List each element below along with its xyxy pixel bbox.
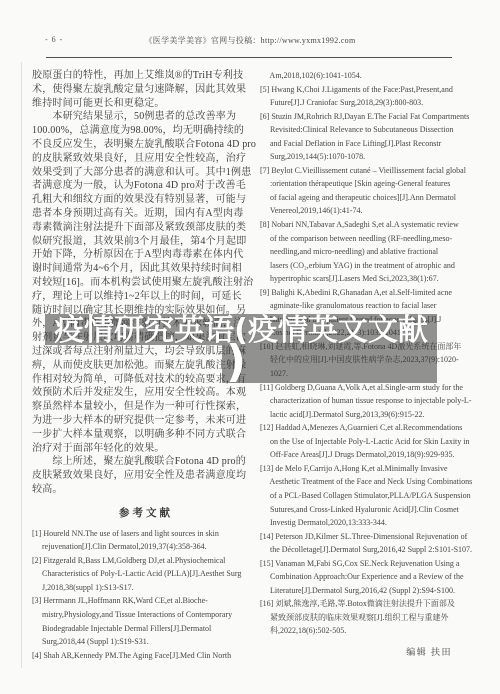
text-line: 为进一步大样本的研究提供一定参考，未来可进 xyxy=(32,414,260,428)
text-line: hypertrophic scars[J].Lasers Med Sci,202… xyxy=(260,272,454,286)
text-line: Sutures,and Cross-Linked Hyaluronic Acid… xyxy=(260,503,454,517)
text-line: [1] Houreld NN.The use of lasers and lig… xyxy=(32,527,260,541)
body-text: 胶原蛋白的特性，再加上艾维岚®的TriH专利技术，使得聚左旋乳酸定量匀速降解，因… xyxy=(32,69,260,497)
text-line: [3] Herrmann JL,Hoffmann RK,Ward CE,et a… xyxy=(32,594,260,608)
text-line: of a PCL-Based Collagen Stimulator,PLLA/… xyxy=(260,489,454,503)
references-title: 参考文献 xyxy=(32,505,260,520)
text-line: [5] Hwang K,Choi J.Ligaments of the Face… xyxy=(260,83,454,97)
text-line: 毒素微滴注射法提升下面部及紧致颈部皮肤的类 xyxy=(32,221,260,235)
watermark-banner-line2: ) xyxy=(222,345,437,383)
text-line: 一步扩大样本量观察，以明确多种不同方式联合 xyxy=(32,428,260,442)
text-line: Aesthetic Treatment of the Face and Neck… xyxy=(260,475,454,489)
text-line: Future[J].J Craniofac Surg,2018,29(3):80… xyxy=(260,96,454,110)
text-line: needling,and micro-needling) and ablativ… xyxy=(260,245,454,259)
text-line: 皮肤紧致效果良好，应用安全性及患者满意度均 xyxy=(32,469,260,483)
journal-page: - 6 - 《医学美学美容》官网与投稿：http://www.yxmx1992.… xyxy=(0,0,500,694)
text-line: :orientation thérapeutique [Skin ageing-… xyxy=(260,177,454,191)
text-line: 科,2022,18(6):502-505. xyxy=(260,624,454,638)
header-rule xyxy=(46,57,452,58)
text-line: [4] Shah AR,Kennedy PM.The Aging Face[J]… xyxy=(32,649,260,663)
text-line: [13] de Melo F,Carrijo A,Hong K,et al.Mi… xyxy=(260,462,454,476)
text-line: characterization of human tissue respons… xyxy=(260,394,454,408)
text-line: Literature[J].Dermatol Surg,2016,42 (Sup… xyxy=(260,584,454,598)
text-line: 紧致颈部皮肤的临床效果观察[J].组织工程与重建外 xyxy=(260,611,454,625)
text-line: 不良反应发生，表明聚左旋乳酸联合Fotona 4D pro xyxy=(32,138,260,152)
text-line: Surg,2018,44 (Suppl 1):S19-S31. xyxy=(32,635,260,649)
text-line: 的皮肤紧致效果良好，且应用安全性较高，治疗 xyxy=(32,152,260,166)
text-line: 察虽然样本量较小，但是作为一种可行性探索， xyxy=(32,400,260,414)
text-line: 较高。 xyxy=(32,483,260,497)
text-line: Characteristics of Poly-L-Lactic Acid (P… xyxy=(32,567,260,581)
text-line: [8] Nobari NN,Tabavar A,Sadeghi S,et al.… xyxy=(260,218,454,232)
journal-header-line: 《医学美学美容》官网与投稿：http://www.yxmx1992.com xyxy=(0,35,500,46)
text-line: 开始下降，分析原因在于A型肉毒毒素在体内代 xyxy=(32,248,260,262)
text-line: rejuvenation[J].Clin Dermatol,2019,37(4)… xyxy=(32,540,260,554)
text-line: [14] Peterson JD,Kilmer SL.Three-Dimensi… xyxy=(260,530,454,544)
text-line: 孔粗大和细纹方面的效果没有特别显著，可能与 xyxy=(32,193,260,207)
text-line: J,2018,38(suppl 1):S13-S17. xyxy=(32,581,260,595)
text-line: 患者本身预期过高有关。近期，国内有A型肉毒 xyxy=(32,207,260,221)
text-line: 治疗对于面部年轻化的效果。 xyxy=(32,442,260,456)
text-line: [9] Balighi K,Abedini R,Ghanadan A,et al… xyxy=(260,286,454,300)
text-line: 似研究报道，其效果前3个月最佳，第4个月起即 xyxy=(32,235,260,249)
text-line: mistry,Physiology,and Tissue Interaction… xyxy=(32,608,260,622)
text-line: 综上所述，聚左旋乳酸联合Fotona 4D pro的 xyxy=(32,455,260,469)
text-line: agminate-like granulomatous reaction to … xyxy=(260,299,454,313)
references-left: [1] Houreld NN.The use of lasers and lig… xyxy=(32,527,260,662)
text-line: Biodegradable Injectable Dermal Fillers[… xyxy=(32,622,260,636)
editor-credit: 编辑 扶田 xyxy=(260,645,454,658)
text-line: [16] 刘斌,熊逸淳,毛路,等.Botox微滴注射法提升下面部及 xyxy=(260,597,454,611)
text-line: 效预防术后并发症发生，应用安全性较高。本观 xyxy=(32,386,260,400)
text-line: on the Use of Injectable Poly-L-Lactic A… xyxy=(260,435,454,449)
text-line: [12] Haddad A,Menezes A,Guarnieri C,et a… xyxy=(260,421,454,435)
text-line: lactic acid[J].Dermatol Surg,2013,39(6):… xyxy=(260,408,454,422)
text-line: 维持时间可能更长和更稳定。 xyxy=(32,97,260,111)
text-line: 者满意度为一般，认为Fotona 4D pro对于改善毛 xyxy=(32,179,260,193)
text-line: 疗，理论上可以维持1~2年以上的时间，可延长 xyxy=(32,290,260,304)
text-line: of facial ageing and therapeutic choices… xyxy=(260,191,454,205)
text-line: and Facial Deflation in Face Lifting[J].… xyxy=(260,137,454,151)
text-line: the Décolletage[J].Dermatol Surg,2016,42… xyxy=(260,543,454,557)
text-line: Surg,2019,144(5):1070-1078. xyxy=(260,150,454,164)
text-line: [15] Vanaman M,Fabi SG,Cox SE.Neck Rejuv… xyxy=(260,557,454,571)
text-line: Investig Dermatol,2020,13:333-344. xyxy=(260,516,454,530)
text-line: Combination Approach:Our Experience and … xyxy=(260,570,454,584)
text-line: 100.00%，总满意度为98.00%，均无明确持续的 xyxy=(32,124,260,138)
text-line: 对较短[16]。而本机构尝试使用聚左旋乳酸注射治 xyxy=(32,276,260,290)
text-line: Off-Face Areas[J].J Drugs Dermatol,2019,… xyxy=(260,448,454,462)
text-line: [2] Fitzgerald R,Bass LM,Goldberg DJ,et … xyxy=(32,554,260,568)
text-line: 效果受到了大部分患者的满意和认可。其中1例患 xyxy=(32,166,260,180)
text-line: Venereol,2019,146(1):41-74. xyxy=(260,204,454,218)
text-line: 谢时间通常为4~6个月，因此其效果持续时间相 xyxy=(32,262,260,276)
text-line: [6] Stuzin JM,Rohrich RJ,Dayan E.The Fac… xyxy=(260,110,454,124)
text-line: [7] Beylot C.Vieillissement cutané – Vie… xyxy=(260,164,454,178)
text-line: 胶原蛋白的特性，再加上艾维岚®的TriH专利技 xyxy=(32,69,260,83)
scan-gutter-line xyxy=(21,62,22,668)
text-line: 本研究结果显示，50例患者的总改善率为 xyxy=(32,110,260,124)
text-line: 术，使得聚左旋乳酸定量匀速降解，因此其效果 xyxy=(32,83,260,97)
text-line: of the comparison between needling (RF-n… xyxy=(260,232,454,246)
text-line: lasers (CO₂,erbium YAG) in the treatment… xyxy=(260,259,454,273)
text-line: Revisited:Clinical Relevance to Subcutan… xyxy=(260,123,454,137)
text-line: Am,2018,102(6):1041-1054. xyxy=(260,69,454,83)
